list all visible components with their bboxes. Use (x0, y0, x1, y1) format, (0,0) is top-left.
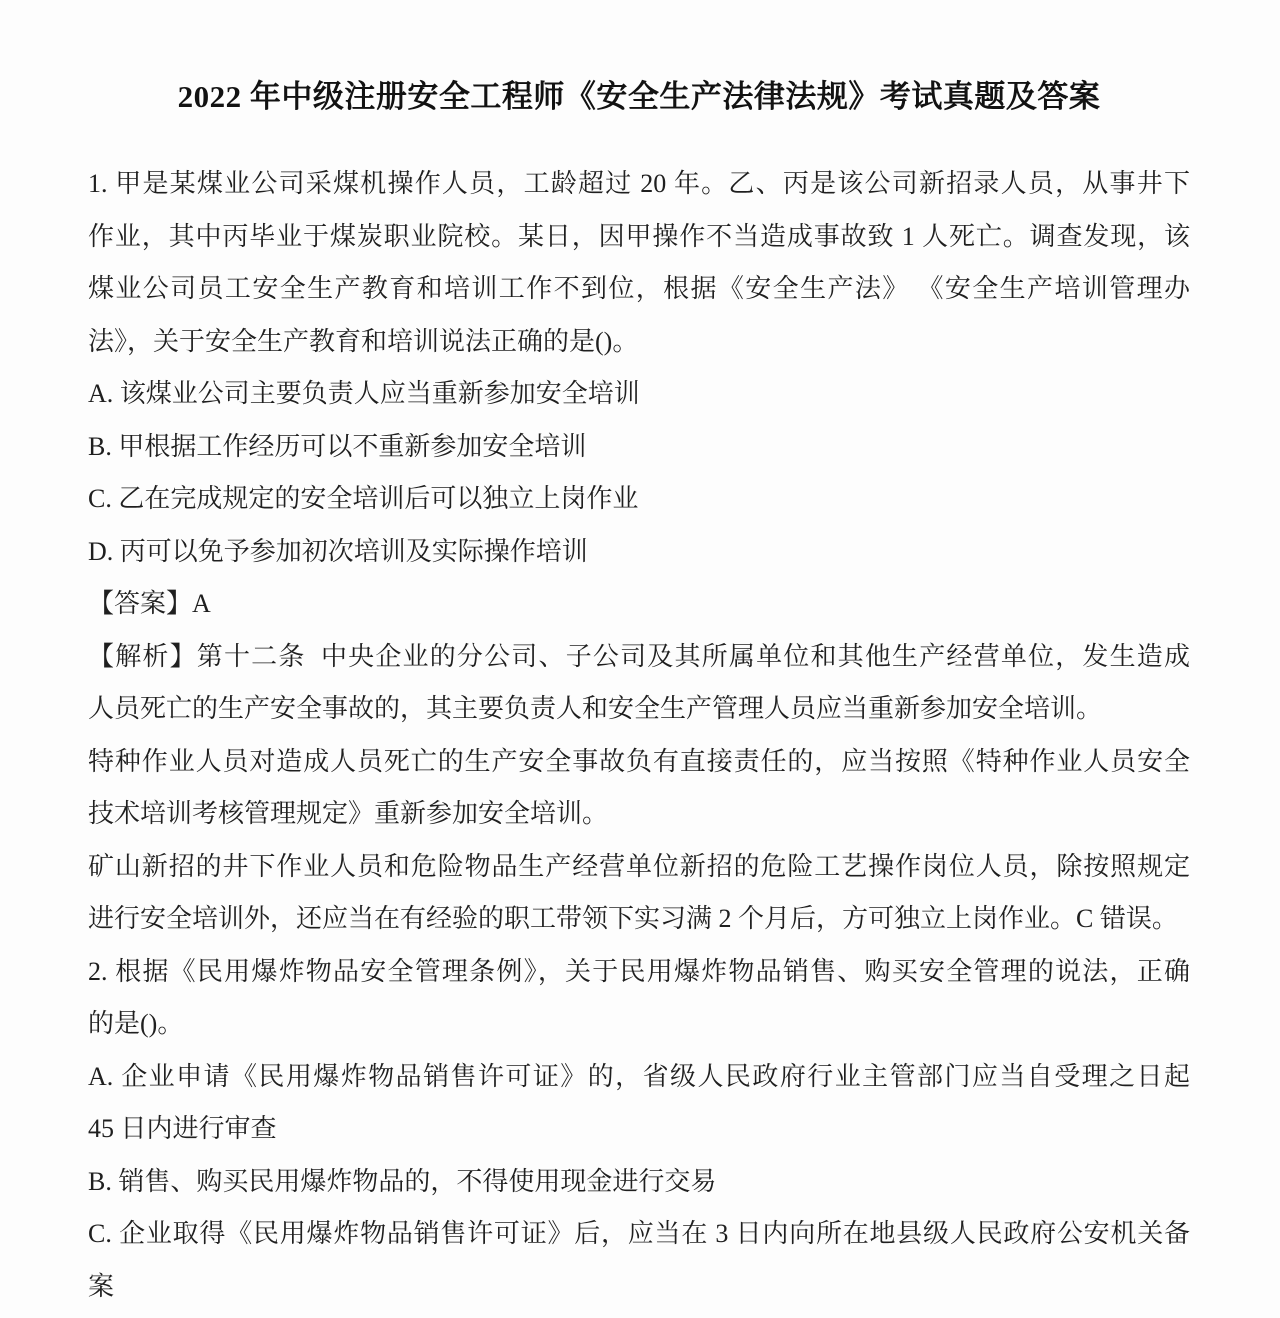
page-title: 2022 年中级注册安全工程师《安全生产法律法规》考试真题及答案 (88, 76, 1190, 118)
text-line: 法》，关于安全生产教育和培训说法正确的是()。 (88, 316, 1190, 369)
text-line: 作业，其中丙毕业于煤炭职业院校。某日，因甲操作不当造成事故致 1 人死亡。调查发… (88, 211, 1190, 264)
text-line: 人员死亡的生产安全事故的，其主要负责人和安全生产管理人员应当重新参加安全培训。 (88, 683, 1190, 736)
text-line: 1. 甲是某煤业公司采煤机操作人员，工龄超过 20 年。乙、丙是该公司新招录人员… (88, 158, 1190, 211)
text-line: A. 该煤业公司主要负责人应当重新参加安全培训 (88, 368, 1190, 421)
text-line: 技术培训考核管理规定》重新参加安全培训。 (88, 788, 1190, 841)
text-line: 【解析】第十二条 中央企业的分公司、子公司及其所属单位和其他生产经营单位，发生造… (88, 631, 1190, 684)
document-body: 1. 甲是某煤业公司采煤机操作人员，工龄超过 20 年。乙、丙是该公司新招录人员… (88, 158, 1190, 1313)
text-line: 煤业公司员工安全生产教育和培训工作不到位，根据《安全生产法》 《安全生产培训管理… (88, 263, 1190, 316)
text-line: 的是()。 (88, 998, 1190, 1051)
text-line: 【答案】A (88, 578, 1190, 631)
text-line: 进行安全培训外，还应当在有经验的职工带领下实习满 2 个月后，方可独立上岗作业。… (88, 893, 1190, 946)
text-line: 案 (88, 1261, 1190, 1314)
text-line: C. 乙在完成规定的安全培训后可以独立上岗作业 (88, 473, 1190, 526)
text-line: C. 企业取得《民用爆炸物品销售许可证》后，应当在 3 日内向所在地县级人民政府… (88, 1208, 1190, 1261)
text-line: D. 丙可以免予参加初次培训及实际操作培训 (88, 526, 1190, 579)
document-page: 2022 年中级注册安全工程师《安全生产法律法规》考试真题及答案 1. 甲是某煤… (0, 0, 1280, 1318)
text-line: B. 销售、购买民用爆炸物品的，不得使用现金进行交易 (88, 1156, 1190, 1209)
text-line: 特种作业人员对造成人员死亡的生产安全事故负有直接责任的，应当按照《特种作业人员安… (88, 736, 1190, 789)
text-line: 45 日内进行审查 (88, 1103, 1190, 1156)
text-line: B. 甲根据工作经历可以不重新参加安全培训 (88, 421, 1190, 474)
text-line: A. 企业申请《民用爆炸物品销售许可证》的，省级人民政府行业主管部门应当自受理之… (88, 1051, 1190, 1104)
text-line: 2. 根据《民用爆炸物品安全管理条例》，关于民用爆炸物品销售、购买安全管理的说法… (88, 946, 1190, 999)
text-line: 矿山新招的井下作业人员和危险物品生产经营单位新招的危险工艺操作岗位人员，除按照规… (88, 841, 1190, 894)
